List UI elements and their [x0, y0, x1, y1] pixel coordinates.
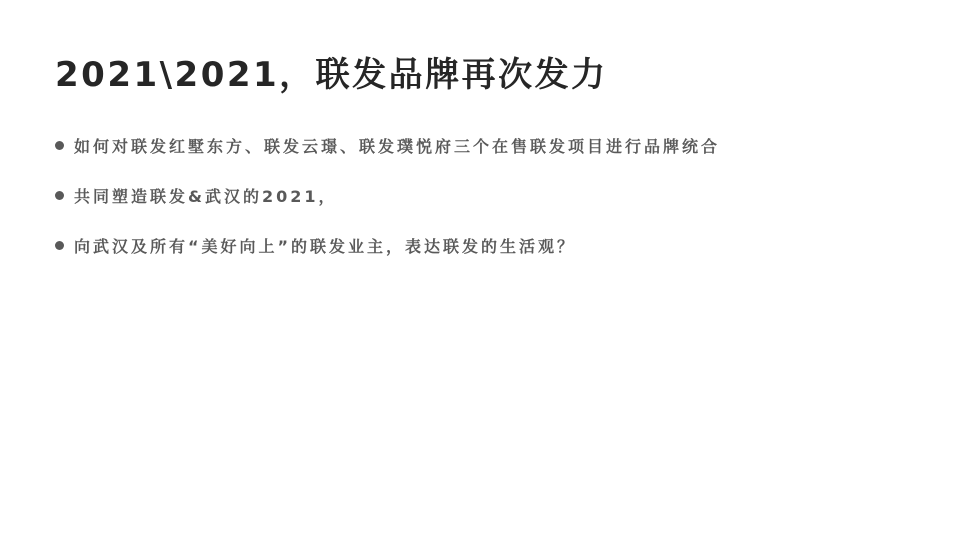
bullet-item: 向武汉及所有“美好向上”的联发业主，表达联发的生活观？: [55, 232, 720, 258]
slide: 2021\2021，联发品牌再次发力 如何对联发红墅东方、联发云璟、联发璞悦府三…: [0, 0, 960, 540]
bullet-item: 如何对联发红墅东方、联发云璟、联发璞悦府三个在售联发项目进行品牌统合: [55, 132, 720, 158]
bullet-list: 如何对联发红墅东方、联发云璟、联发璞悦府三个在售联发项目进行品牌统合 共同塑造联…: [55, 132, 720, 282]
slide-title: 2021\2021，联发品牌再次发力: [55, 52, 608, 98]
bullet-dot-icon: [55, 141, 64, 150]
bullet-item: 共同塑造联发&武汉的2021，: [55, 182, 720, 208]
bullet-text: 向武汉及所有“美好向上”的联发业主，表达联发的生活观？: [74, 234, 576, 257]
bullet-text: 共同塑造联发&武汉的2021，: [74, 184, 338, 207]
bullet-dot-icon: [55, 191, 64, 200]
bullet-dot-icon: [55, 241, 64, 250]
bullet-text: 如何对联发红墅东方、联发云璟、联发璞悦府三个在售联发项目进行品牌统合: [74, 134, 720, 157]
